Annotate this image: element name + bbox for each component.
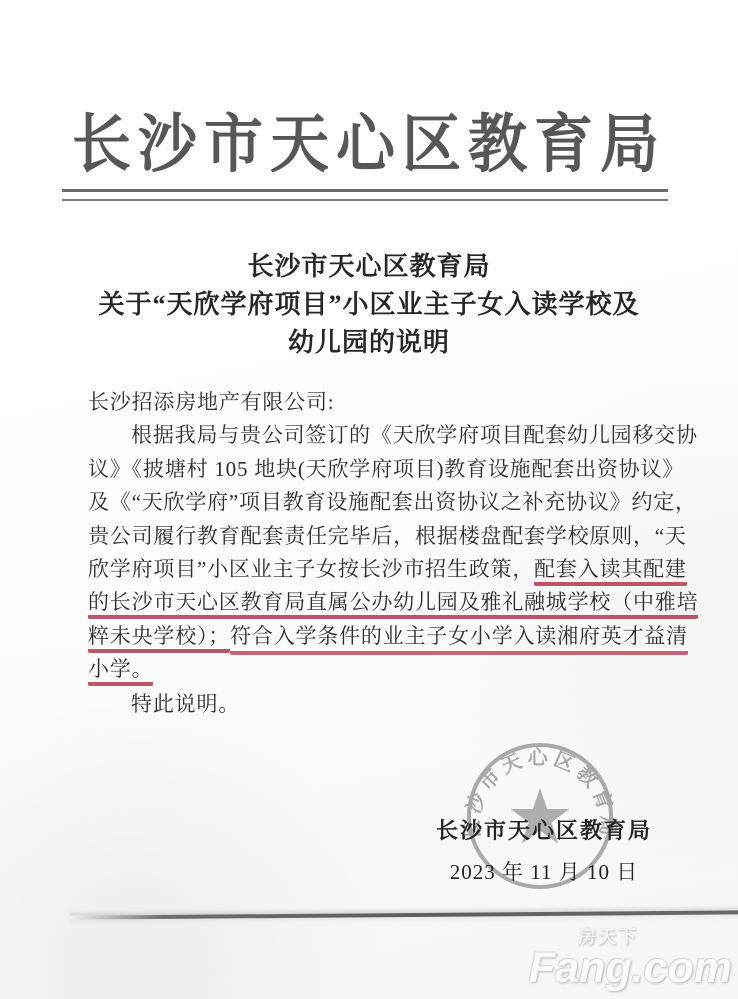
red-underlined-text: 符合入学条件的业主子女小学入读湘府英才益清 [230,624,688,655]
document-title-line3: 幼儿园的说明 [40,324,698,362]
document-title-line2: 关于“天欣学府项目”小区业主子女入读学校及 [40,286,698,324]
signature-date: 2023 年 11 月 10 日 [430,856,658,886]
salutation: 长沙招添房地产有限公司: [88,386,660,419]
closing-line: 特此说明。 [88,688,660,721]
body-line: 欣学府项目”小区业主子女按长沙市招生政策，配套入读其配建 [88,553,660,586]
fang-watermark: 房天下 Fang.com [526,929,736,993]
body-line: 及《“天欣学府”项目教育设施配套出资协议之补充协议》约定， [88,486,660,519]
document-page: 长沙市天心区教育局 长沙市天心区教育局 关于“天欣学府项目”小区业主子女入读学校… [0,0,738,999]
document-title-line1: 长沙市天心区教育局 [40,248,698,286]
document-title: 长沙市天心区教育局 关于“天欣学府项目”小区业主子女入读学校及 幼儿园的说明 [40,248,698,362]
letterhead-title: 长沙市天心区教育局 [0,93,738,185]
signature-block: 长沙市天心区教育局 2023 年 11 月 10 日 [430,814,658,886]
body-line: 议》《披塘村 105 地块(天欣学府项目)教育设施配套出资协议》 [88,453,660,486]
body-line: 根据我局与贵公司签订的《天欣学府项目配套幼儿园移交协 [88,419,660,452]
body-line: 贵公司履行教育配套责任完毕后，根据楼盘配套学校原则，“天 [88,520,660,553]
body-line: 粹未央学校）；符合入学条件的业主子女小学入读湘府英才益清 [88,620,660,653]
paper-bottom-edge [70,910,738,919]
watermark-logo: Fang.com [529,944,732,993]
signature-org: 长沙市天心区教育局 [430,814,658,845]
red-underlined-text: 的长沙市天心区教育局直属公办幼儿园及雅礼融城学校（中雅培 [88,590,698,619]
letterhead-divider [62,189,668,201]
letter-body: 长沙招添房地产有限公司: 根据我局与贵公司签订的《天欣学府项目配套幼儿园移交协 … [88,386,660,721]
red-underlined-text: 粹未央学校）； [88,624,230,653]
body-text-segment: 欣学府项目”小区业主子女按长沙市招生政策， [88,557,534,581]
body-line: 小学。 [88,653,660,686]
body-line: 的长沙市天心区教育局直属公办幼儿园及雅礼融城学校（中雅培 [88,586,660,619]
red-underlined-text: 小学。 [88,657,153,686]
red-underlined-text: 配套入读其配建 [534,557,687,586]
